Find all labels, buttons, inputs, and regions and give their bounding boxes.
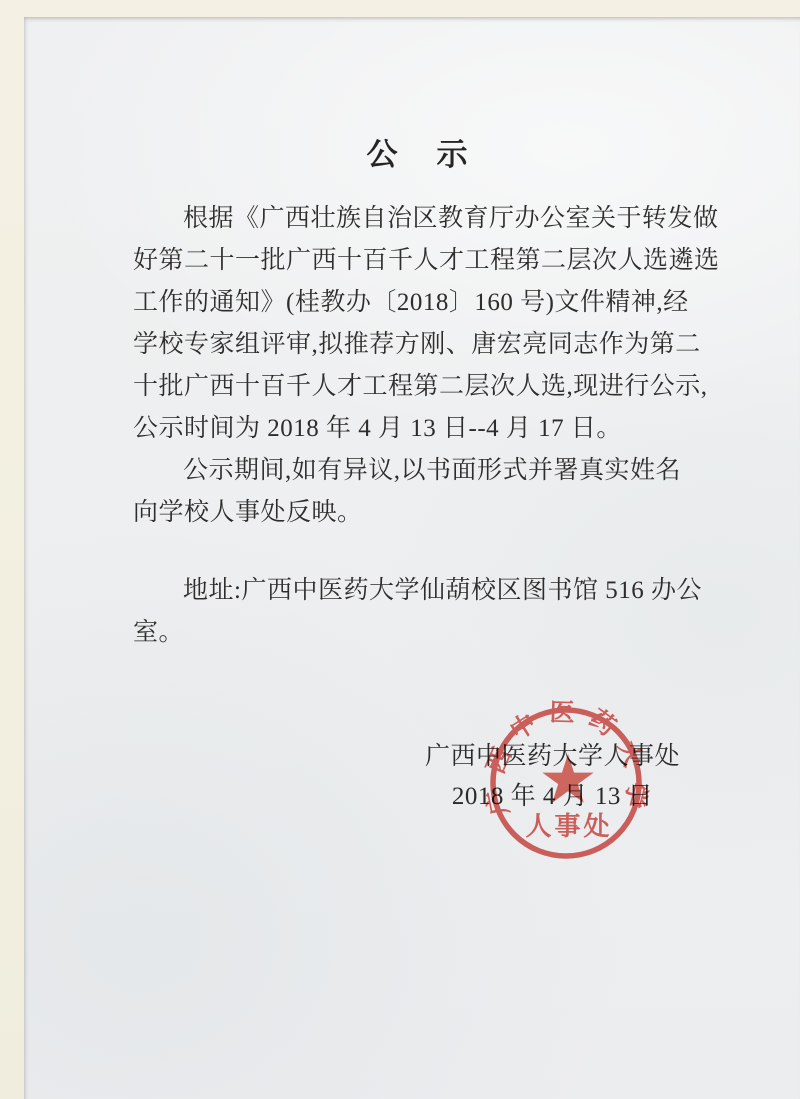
text-line: 公示时间为 2018 年 4 月 13 日--4 月 17 日。 [133, 408, 719, 450]
text-line: 根据《广西壮族自治区教育厅办公室关于转发做 [133, 198, 719, 240]
page-title: 公 示 [133, 129, 705, 174]
document-page: 公 示 根据《广西壮族自治区教育厅办公室关于转发做 好第二十一批广西十百千人才工… [24, 17, 800, 1099]
seal-graphic: 广西中医药大学 人事处 [481, 698, 651, 868]
address-paragraph: 地址:广西中医药大学仙葫校区图书馆 516 办公 室。 [133, 570, 719, 654]
seal-star-icon [542, 754, 593, 803]
text-line: 十批广西十百千人才工程第二层次人选,现进行公示, [133, 366, 719, 408]
body-paragraphs: 根据《广西壮族自治区教育厅办公室关于转发做 好第二十一批广西十百千人才工程第二层… [133, 198, 719, 534]
text-line: 公示期间,如有异议,以书面形式并署真实姓名 [133, 450, 719, 492]
text-line: 工作的通知》(桂教办〔2018〕160 号)文件精神,经 [133, 282, 719, 324]
text-line: 好第二十一批广西十百千人才工程第二层次人选遴选 [133, 240, 719, 282]
official-seal: 广西中医药大学 人事处 [481, 698, 651, 868]
text-line: 向学校人事处反映。 [133, 492, 719, 534]
address-line: 室。 [133, 612, 719, 654]
address-line: 地址:广西中医药大学仙葫校区图书馆 516 办公 [133, 570, 719, 612]
seal-center-text: 人事处 [525, 812, 612, 841]
text-line: 学校专家组评审,拟推荐方刚、唐宏亮同志作为第二 [133, 324, 719, 366]
